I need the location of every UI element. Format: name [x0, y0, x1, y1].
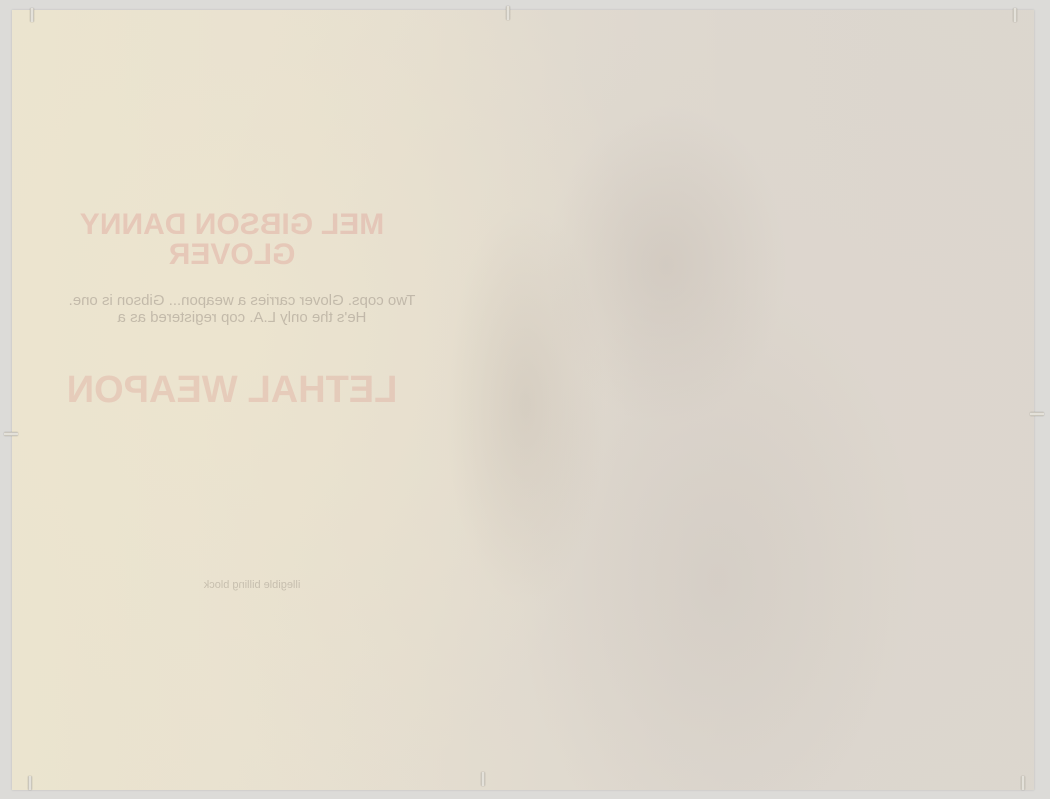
bleed-through-tagline: Two cops. Glover carries a weapon... Gib…: [62, 292, 422, 326]
ghost-figure-bleed-through: [432, 90, 952, 790]
bleed-through-title: LETHAL WEAPON: [52, 370, 412, 410]
pin-icon: [1013, 8, 1017, 22]
pin-icon: [28, 776, 32, 790]
pin-icon: [4, 432, 18, 436]
poster-back: MEL GIBSON DANNY GLOVER Two cops. Glover…: [12, 10, 1034, 790]
pin-icon: [1030, 412, 1044, 416]
bleed-through-credits: illegible billing block: [52, 578, 452, 593]
bleed-through-names: MEL GIBSON DANNY GLOVER: [52, 210, 412, 270]
pin-icon: [481, 772, 485, 786]
pin-icon: [30, 8, 34, 22]
pin-icon: [506, 6, 510, 20]
pin-icon: [1021, 776, 1025, 790]
